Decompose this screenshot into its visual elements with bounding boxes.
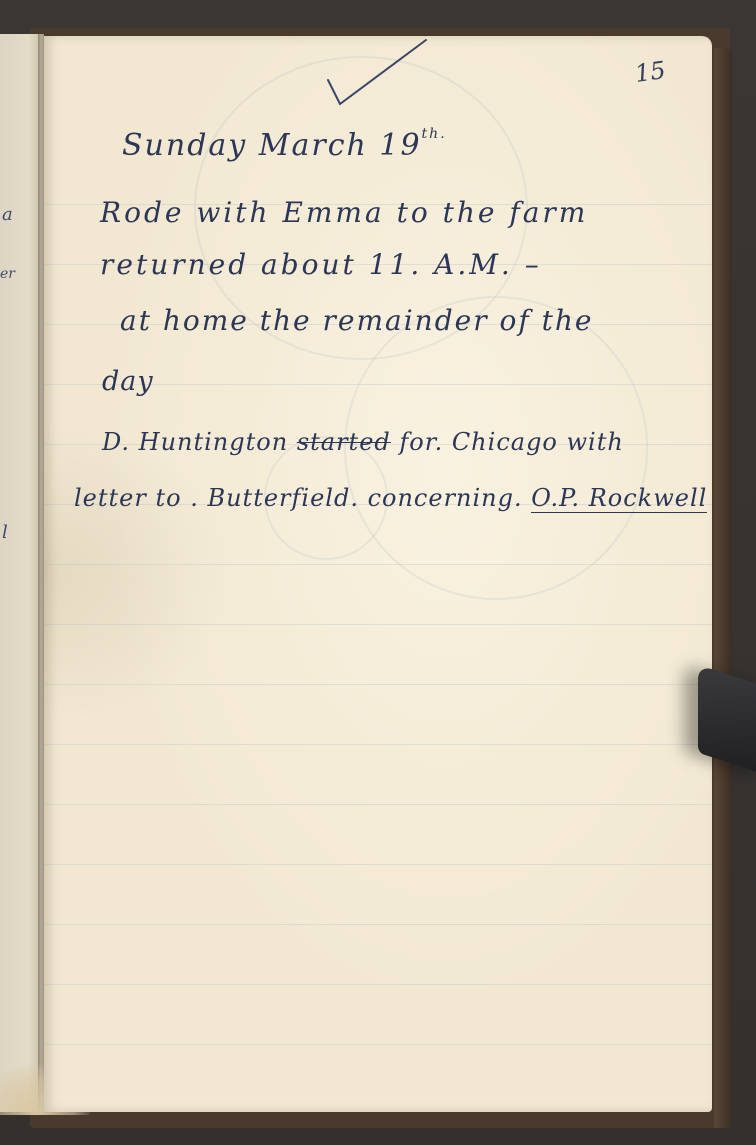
ruled-line [44, 984, 712, 985]
entry-text: letter to . Butterfield. concerning. [74, 484, 531, 512]
left-page-fragment: l [2, 522, 8, 543]
book-cover-edge [714, 48, 732, 1128]
diary-page: 15 Sunday March 19th. Rode with Emma to … [44, 36, 712, 1112]
ruled-line [44, 1044, 712, 1045]
document-scan: a er l 15 Sunday March 19th. [0, 0, 756, 1145]
entry-name: D. Huntington [102, 428, 297, 456]
underlined-name: O.P. Rockwell [531, 484, 707, 513]
entry-date-text: Sunday March 19 [122, 128, 422, 163]
check-mark-icon [326, 36, 436, 106]
entry-date: Sunday March 19th. [122, 128, 447, 163]
ruled-line [44, 564, 712, 565]
entry-line: at home the remainder of the [120, 304, 593, 337]
left-page-fragment: a [2, 204, 13, 225]
entry-line: Rode with Emma to the farm [100, 196, 588, 229]
entry-line: day [102, 366, 154, 397]
ruled-line [44, 684, 712, 685]
ruled-line [44, 864, 712, 865]
ruled-line [44, 744, 712, 745]
entry-date-suffix: th. [422, 126, 447, 142]
ruled-line [44, 804, 712, 805]
ruled-line [44, 624, 712, 625]
entry-line: returned about 11. A.M. – [100, 248, 542, 281]
struck-word: started [297, 428, 391, 456]
left-page-fragment: er [0, 266, 15, 282]
entry-line: D. Huntington started for. Chicago with [102, 428, 624, 456]
entry-text: for. Chicago with [391, 428, 624, 456]
entry-line: letter to . Butterfield. concerning. O.P… [74, 484, 707, 512]
previous-page: a er l [0, 34, 40, 1112]
page-number: 15 [634, 56, 668, 88]
ruled-line [44, 924, 712, 925]
